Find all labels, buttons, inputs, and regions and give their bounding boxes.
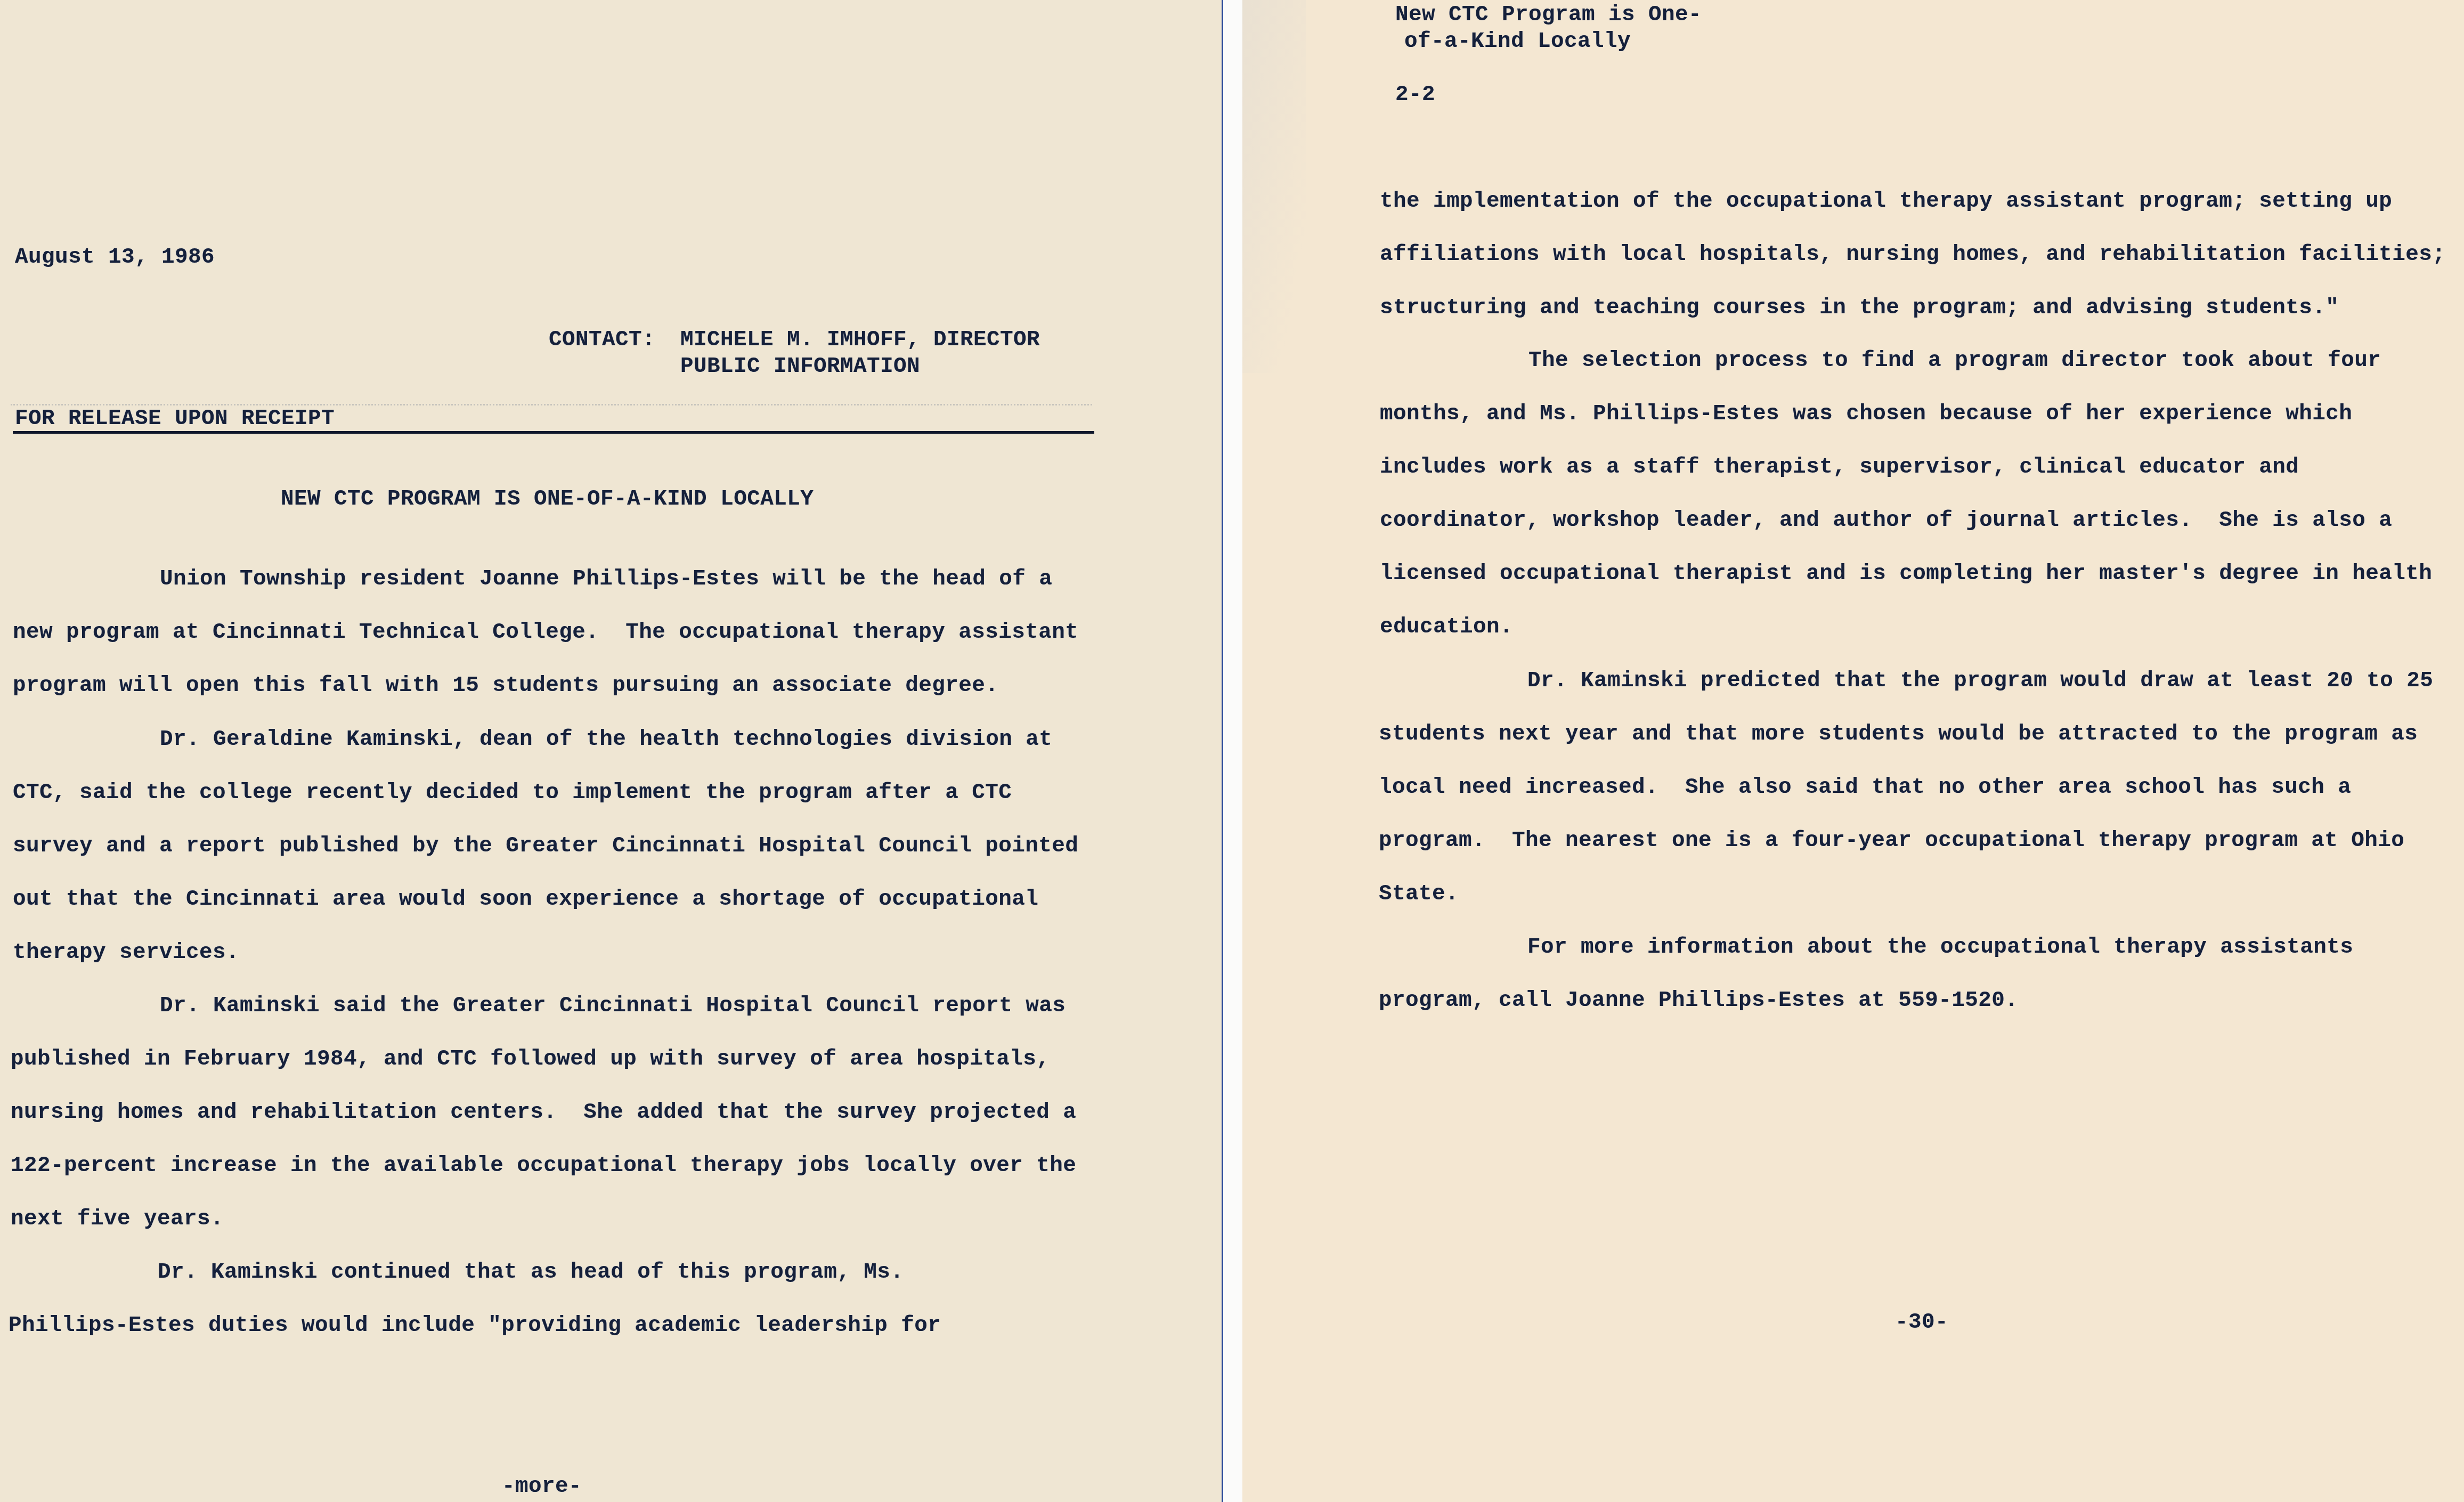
- running-head-line-1: New CTC Program is One-: [1395, 4, 1702, 26]
- end-marker: -30-: [1895, 1312, 1948, 1334]
- body-line: out that the Cincinnati area would soon …: [13, 889, 1038, 911]
- body-line: includes work as a staff therapist, supe…: [1380, 457, 2299, 478]
- body-line: 122-percent increase in the available oc…: [11, 1155, 1076, 1177]
- press-release-page-2: New CTC Program is One- of-a-Kind Locall…: [1242, 0, 2464, 1502]
- release-line: FOR RELEASE UPON RECEIPT: [15, 408, 335, 430]
- body-line: The selection process to find a program …: [1528, 350, 2381, 372]
- body-line: local need increased. She also said that…: [1379, 777, 2351, 799]
- body-line: Dr. Kaminski predicted that the program …: [1527, 670, 2433, 692]
- page-number: 2-2: [1395, 84, 1435, 106]
- body-line: therapy services.: [13, 942, 239, 964]
- body-line: coordinator, workshop leader, and author…: [1380, 510, 2392, 532]
- contact-label: CONTACT:: [549, 329, 655, 351]
- body-line: CTC, said the college recently decided t…: [13, 782, 1012, 804]
- body-line: For more information about the occupatio…: [1527, 937, 2353, 959]
- body-line: State.: [1379, 883, 1459, 905]
- continued-marker: -more-: [502, 1476, 582, 1498]
- body-line: survey and a report published by the Gre…: [13, 835, 1078, 857]
- body-line: licensed occupational therapist and is c…: [1380, 563, 2432, 585]
- body-line: program, call Joanne Phillips-Estes at 5…: [1379, 990, 2018, 1012]
- body-line: new program at Cincinnati Technical Coll…: [13, 622, 1078, 644]
- body-line: structuring and teaching courses in the …: [1380, 297, 2339, 319]
- paper-crease: [1242, 0, 1306, 373]
- headline: NEW CTC PROGRAM IS ONE-OF-A-KIND LOCALLY: [281, 489, 814, 510]
- body-line: Phillips-Estes duties would include "pro…: [9, 1315, 941, 1337]
- body-line: education.: [1380, 616, 1513, 638]
- header-rule: [13, 431, 1094, 434]
- body-line: Union Township resident Joanne Phillips-…: [160, 569, 1052, 590]
- body-line: next five years.: [11, 1208, 224, 1230]
- body-line: Dr. Geraldine Kaminski, dean of the heal…: [160, 729, 1052, 751]
- press-release-page-1: August 13, 1986 CONTACT: MICHELE M. IMHO…: [0, 0, 1222, 1502]
- contact-title: PUBLIC INFORMATION: [680, 356, 920, 378]
- body-line: students next year and that more student…: [1379, 724, 2418, 745]
- body-line: published in February 1984, and CTC foll…: [11, 1049, 1050, 1070]
- running-head-line-2: of-a-Kind Locally: [1404, 31, 1631, 53]
- release-date: August 13, 1986: [15, 247, 215, 269]
- contact-name: MICHELE M. IMHOFF, DIRECTOR: [680, 329, 1040, 351]
- body-line: affiliations with local hospitals, nursi…: [1380, 244, 2445, 266]
- body-line: nursing homes and rehabilitation centers…: [11, 1102, 1076, 1124]
- dotted-divider: [11, 404, 1092, 405]
- page-gutter: [1223, 0, 1242, 1502]
- body-line: Dr. Kaminski said the Greater Cincinnati…: [160, 995, 1066, 1017]
- body-line: program. The nearest one is a four-year …: [1379, 830, 2404, 852]
- body-line: program will open this fall with 15 stud…: [13, 675, 998, 697]
- body-line: months, and Ms. Phillips-Estes was chose…: [1380, 403, 2352, 425]
- body-line: the implementation of the occupational t…: [1380, 191, 2392, 213]
- body-line: Dr. Kaminski continued that as head of t…: [158, 1262, 904, 1284]
